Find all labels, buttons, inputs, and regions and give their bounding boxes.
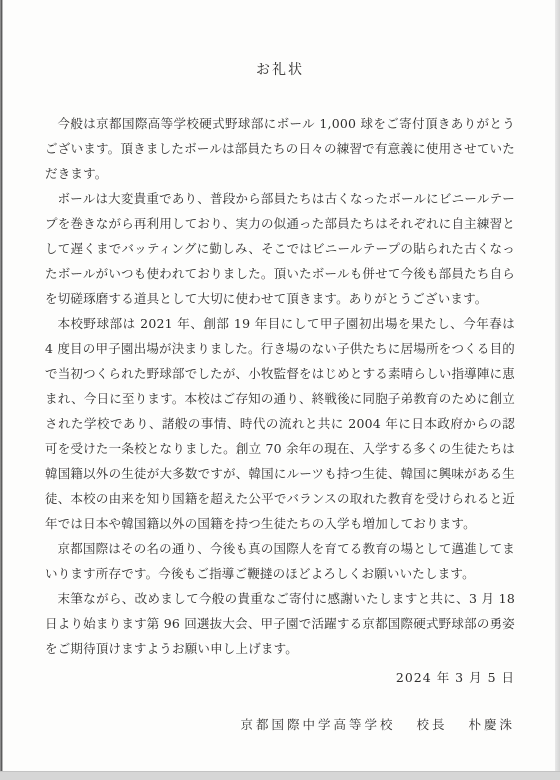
letter-paragraph: ボールは大変貴重であり、普段から部員たちは古くなったボールにビニールテープを巻き… — [45, 186, 515, 311]
scan-edge-bottom — [0, 771, 560, 780]
letter-body: 今般は京都国際高等学校硬式野球部にボール 1,000 球をご寄付頂きありがとうご… — [45, 111, 515, 661]
signature-school: 京都国際中学高等学校 — [240, 717, 395, 732]
letter-paragraph: 末筆ながら、改めまして今般の貴重なご寄付に感謝いたしますと共に、3 月 18 日… — [45, 586, 515, 661]
signature-line: 京都国際中学高等学校 校長 朴慶洙 — [45, 712, 515, 737]
scanned-letter: お礼状 今般は京都国際高等学校硬式野球部にボール 1,000 球をご寄付頂きあり… — [0, 0, 560, 780]
letter-date: 2024 年 3 月 5 日 — [45, 665, 515, 690]
scan-edge-right — [555, 0, 560, 780]
signature-name: 朴慶洙 — [468, 717, 515, 732]
letter-title: お礼状 — [45, 60, 515, 80]
letter-paper: お礼状 今般は京都国際高等学校硬式野球部にボール 1,000 球をご寄付頂きあり… — [0, 0, 555, 772]
letter-content: お礼状 今般は京都国際高等学校硬式野球部にボール 1,000 球をご寄付頂きあり… — [45, 60, 515, 737]
letter-paragraph: 本校野球部は 2021 年、創部 19 年目にして甲子園初出場を果たし、今年春は… — [45, 311, 515, 536]
letter-paragraph: 今般は京都国際高等学校硬式野球部にボール 1,000 球をご寄付頂きありがとうご… — [45, 111, 515, 186]
scan-edge-left — [0, 0, 3, 774]
signature-role: 校長 — [416, 717, 447, 732]
letter-paragraph: 京都国際はその名の通り、今後も真の国際人を育てる教育の場として邁進してまいります… — [45, 536, 515, 586]
